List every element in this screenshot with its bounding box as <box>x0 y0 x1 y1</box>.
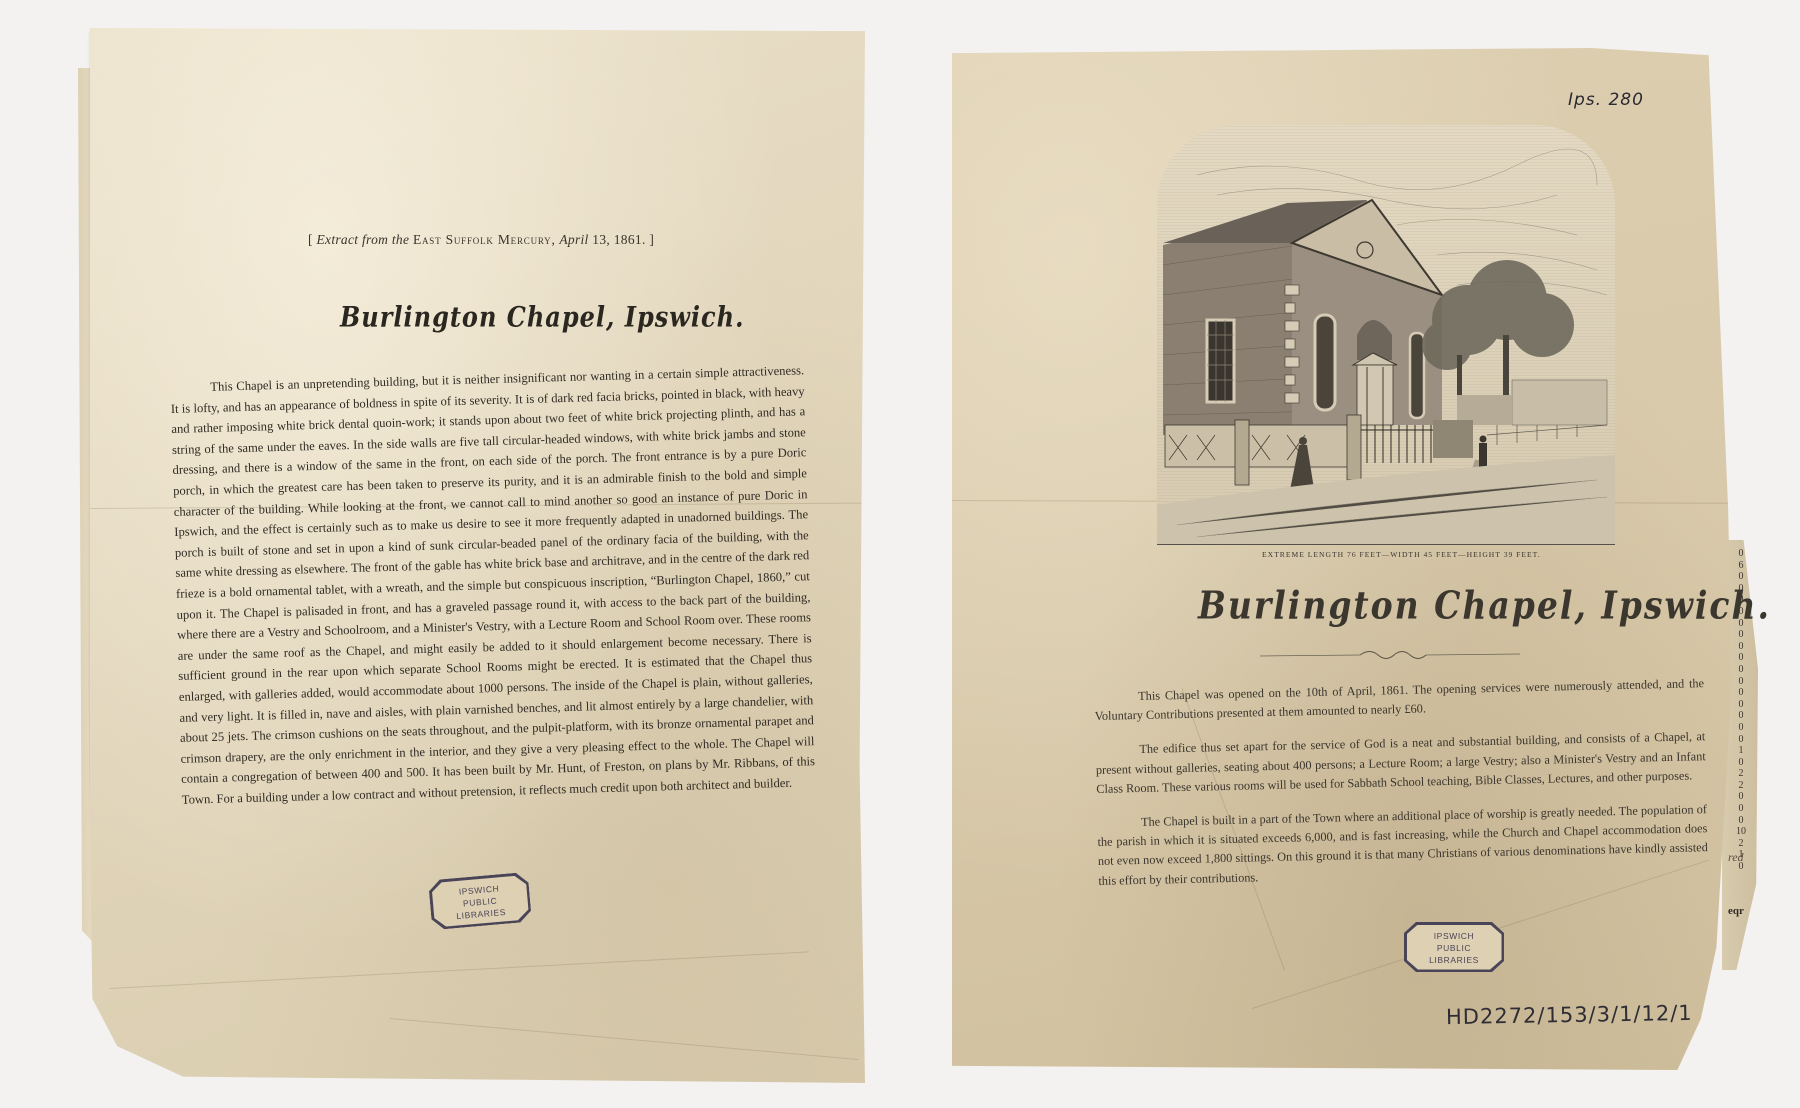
margin-digit: 0 <box>1726 629 1756 641</box>
chapel-building-icon <box>1157 125 1615 545</box>
margin-digit: 2 <box>1726 780 1756 792</box>
margin-digit: 0 <box>1726 618 1756 630</box>
decorative-flourish-icon <box>1260 648 1520 662</box>
margin-digit: 0 <box>1726 652 1756 664</box>
chapel-engraving-illustration <box>1157 125 1615 545</box>
bracket: [ <box>308 232 313 247</box>
margin-digit: 0 <box>1726 734 1756 746</box>
margin-digit: 0 <box>1726 641 1756 653</box>
margin-digit: 10 <box>1726 826 1756 838</box>
margin-digit: 1 <box>1726 745 1756 757</box>
handwritten-shelf-mark: HD2272/153/3/1/12/1 <box>1446 1001 1693 1029</box>
right-page-title: Burlington Chapel, Ipswich. <box>1198 583 1771 628</box>
stamp-line: IPSWICH <box>1407 930 1502 942</box>
margin-digit: 0 <box>1726 710 1756 722</box>
paper-crease <box>110 951 809 989</box>
margin-digit: 0 <box>1726 676 1756 688</box>
engraving-dimensions-caption: EXTREME LENGTH 76 FEET—WIDTH 45 FEET—HEI… <box>1262 550 1541 559</box>
extract-source-note: [ Extract from the East Suffolk Mercury,… <box>308 232 708 248</box>
publication-name: East Suffolk Mercury, <box>413 232 556 247</box>
right-page-description: This Chapel was opened on the 10th of Ap… <box>1094 674 1709 906</box>
paper-crease <box>390 1018 858 1060</box>
library-stamp: IPSWICH PUBLIC LIBRARIES <box>1404 922 1504 972</box>
extract-prefix: Extract from the <box>316 232 409 247</box>
left-page-article-body: This Chapel is an unpretending building,… <box>170 360 816 810</box>
extract-date: 13, 1861. <box>592 232 645 247</box>
paragraph-edifice: The edifice thus set apart for the servi… <box>1095 728 1706 799</box>
margin-digit: 0 <box>1726 548 1756 560</box>
handwritten-catalog-number: Ips. 280 <box>1568 90 1644 110</box>
margin-digit: 0 <box>1726 583 1756 595</box>
margin-digit: 0 <box>1726 803 1756 815</box>
margin-digit: 0 <box>1726 791 1756 803</box>
margin-digit: 0 <box>1726 606 1756 618</box>
margin-word-fragment: eqr <box>1728 905 1744 917</box>
stamp-text: IPSWICH PUBLIC LIBRARIES <box>431 874 530 927</box>
margin-number-column: 0 6 0 0 0 0 0 0 0 0 0 0 0 0 0 0 0 1 0 2 … <box>1726 548 1756 873</box>
margin-digit: 0 <box>1726 815 1756 827</box>
margin-digit: 2 <box>1726 838 1756 850</box>
stamp-line: PUBLIC <box>1407 942 1502 954</box>
left-page-title: Burlington Chapel, Ipswich. <box>340 300 744 333</box>
stamp-line: LIBRARIES <box>1407 954 1502 966</box>
margin-digit: 0 <box>1726 664 1756 676</box>
bracket: ] <box>649 232 654 247</box>
margin-digit: 0 <box>1726 571 1756 583</box>
margin-digit: 0 <box>1726 594 1756 606</box>
margin-word-fragment: red <box>1728 850 1744 865</box>
paragraph-location: The Chapel is built in a part of the Tow… <box>1097 800 1709 891</box>
margin-digit: 0 <box>1726 722 1756 734</box>
margin-digit: 0 <box>1726 699 1756 711</box>
margin-digit: 0 <box>1726 757 1756 769</box>
stamp-text: IPSWICH PUBLIC LIBRARIES <box>1407 925 1502 970</box>
margin-digit: 2 <box>1726 768 1756 780</box>
margin-digit: 6 <box>1726 560 1756 572</box>
library-stamp: IPSWICH PUBLIC LIBRARIES <box>428 872 532 931</box>
extract-month: April <box>559 232 588 247</box>
margin-digit: 0 <box>1726 687 1756 699</box>
